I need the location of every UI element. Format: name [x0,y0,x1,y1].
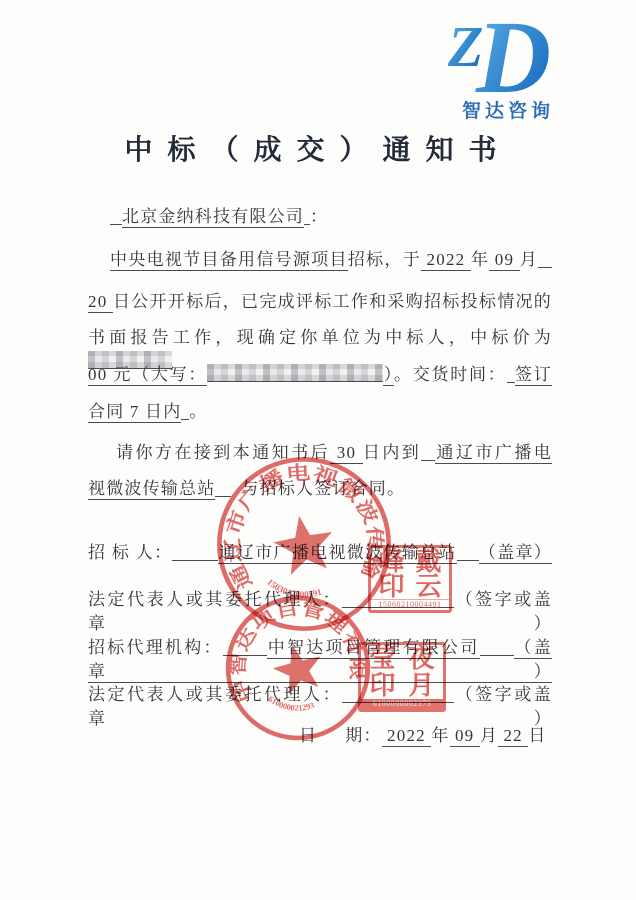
personal-seal-2: 莹 夜 印 月 6100000802373 [358,642,446,712]
tenderer-seal-text: 通辽市广播电视微波传输总站 [197,437,394,612]
body-line-open-bid: 20 日公开开标后，已完成评标工作和采购招标投标情况的 [88,290,552,314]
blank-field [538,249,552,268]
company-logo: D Z 智达咨询 [446,4,570,120]
text-run: 视微波传输总站 [88,479,215,500]
body-line-delivery: 合同 7 日内。 [88,400,208,424]
seal-char: 莹 [369,647,395,671]
text-run: 年 [431,726,449,745]
seal-char: 峰 [378,550,404,574]
seal-char: 印 [369,674,395,698]
logo-caption: 智达咨询 [446,96,570,123]
zd-logo-graphic: D Z [446,4,570,100]
text-run: 书面报告工作，现确定你单位为中标人，中标价为 [88,328,552,347]
text-run: 招标，于 [348,250,421,269]
text-run: 签订 [515,365,553,386]
personal-seal-1-characters: 峰 戴 印 云 [371,548,449,599]
redacted-text [207,364,383,382]
blank-field [507,364,515,383]
text-run: 。 [189,402,207,421]
text-run: 北京金纳科技有限公司 [122,207,304,228]
body-line-amount-words: 00 元（大写：）。交货时间：签订 [88,363,552,387]
text-run: 招 标 人： [88,543,172,562]
svg-text:通辽市广播电视微波传输总站: 通辽市广播电视微波传输总站 [197,437,394,612]
text-run: ） [383,365,394,386]
text-run: 招标代理机构： [88,638,223,657]
text-run: 日公开开标后，已完成评标工作和采购招标投标情况的 [113,292,552,311]
blank-field [480,637,514,656]
document-title: 中标（成交）通知书 [0,128,636,168]
seal-char: 戴 [415,550,441,574]
blank-field [110,206,122,225]
text-run: 月 [520,250,538,269]
text-run: 年 [471,250,489,269]
personal-seal-1-serial: 15060210004491 [371,599,449,610]
text-run: （盖章） [479,543,552,564]
text-run: 。交货时间： [394,365,507,384]
text-run: 日 [528,726,546,745]
scanned-document-page: D Z 智达咨询 中标（成交）通知书 北京金纳科技有限公司：中央电视节目备用信号… [0,0,636,900]
text-run: 09 [489,250,520,271]
seal-char: 云 [415,575,441,599]
text-run: 2022 [382,726,432,747]
personal-seal-2-characters: 莹 夜 印 月 [361,645,443,699]
body-line-project: 中央电视节目备用信号源项目招标，于 2022 年 09 月 [88,248,552,272]
text-run: ： [310,207,328,226]
personal-seal-1: 峰 戴 印 云 15060210004491 [368,545,452,613]
text-run: 00 元（大写： [88,365,207,386]
text-run: 20 [88,292,113,313]
text-run: 22 [498,726,528,747]
text-run: 合同 7 日内 [88,402,181,423]
text-run: 中央电视节目备用信号源项目 [110,250,348,271]
text-run: 月 [480,726,498,745]
seal-char: 夜 [408,647,434,671]
logo-letter-z: Z [447,14,483,79]
text-run: 09 [450,726,480,747]
blank-field [457,542,479,561]
text-run: 2022 [421,250,471,271]
logo-letter-d: D [475,4,551,100]
blank-field [421,442,435,461]
seal-char: 月 [408,674,434,698]
recipient-line: 北京金纳科技有限公司： [110,205,328,229]
seal-char: 印 [378,575,404,599]
text-run: 通辽市广播电 [435,443,552,464]
personal-seal-2-serial: 6100000802373 [361,699,443,709]
